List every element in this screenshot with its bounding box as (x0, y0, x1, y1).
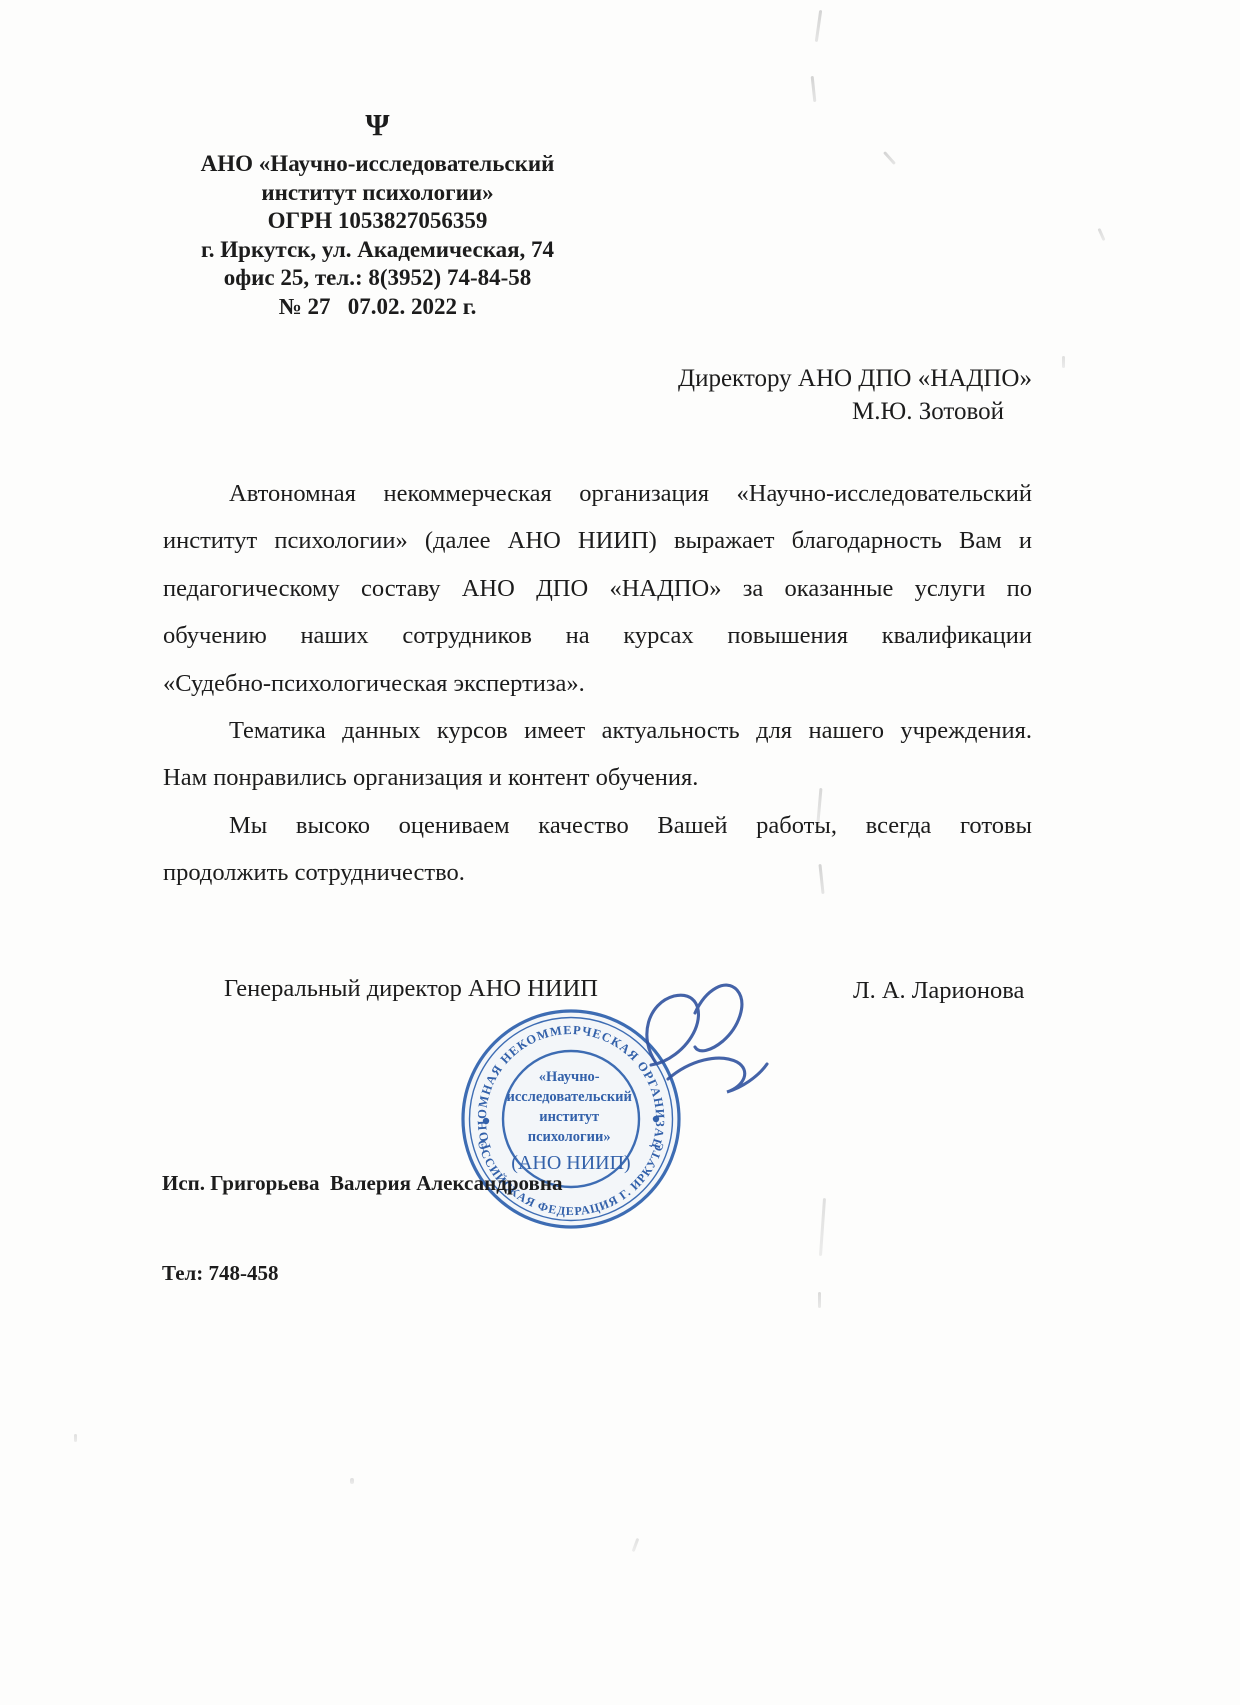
org-name-line2: институт психологии» (150, 179, 605, 208)
addressee-name: М.Ю. Зотовой (630, 395, 1032, 428)
body-line: Нам понравились организация и контент об… (163, 754, 1032, 801)
signature-stroke (647, 995, 699, 1065)
scan-artifact (883, 151, 896, 165)
letter-body: Автономная некоммерческая организация «Н… (163, 470, 1032, 897)
body-line: Тематика данных курсов имеет актуальност… (163, 707, 1032, 754)
scan-artifact (818, 1292, 821, 1308)
body-line: Автономная некоммерческая организация «Н… (163, 470, 1032, 517)
body-line: продолжить сотрудничество. (163, 849, 1032, 896)
executor-name: Исп. Григорьева Валерия Александровна (162, 1168, 562, 1198)
signature-stroke (668, 1058, 767, 1092)
body-line: институт психологии» (далее АНО НИИП) вы… (163, 517, 1032, 564)
scan-artifact (819, 1198, 826, 1256)
psi-logo-icon: Ψ (150, 108, 605, 142)
letterhead: Ψ АНО «Научно-исследовательский институт… (150, 108, 605, 321)
signature-ink (598, 965, 828, 1125)
stamp-center-line1: «Научно- (539, 1069, 600, 1085)
org-address: г. Иркутск, ул. Академическая, 74 (150, 236, 605, 265)
signature-stroke (695, 985, 742, 1051)
addressee-title: Директору АНО ДПО «НАДПО» (630, 362, 1032, 395)
body-line: Мы высоко оцениваем качество Вашей работ… (163, 802, 1032, 849)
body-line: обучению наших сотрудников на курсах пов… (163, 612, 1032, 659)
scanned-letter-page: Ψ АНО «Научно-исследовательский институт… (0, 0, 1240, 1705)
scan-artifact (350, 1478, 354, 1484)
scan-artifact (815, 10, 822, 42)
scan-artifact (811, 76, 817, 102)
scan-artifact (1062, 356, 1065, 368)
scan-artifact (1097, 228, 1105, 241)
signer-name: Л. А. Ларионова (853, 977, 1024, 1005)
body-line: «Судебно-психологическая экспертиза». (163, 660, 1032, 707)
scan-artifact (74, 1434, 77, 1442)
executor-phone: Тел: 748-458 (162, 1258, 562, 1288)
ref-number-date: № 27 07.02. 2022 г. (150, 293, 605, 322)
scan-artifact (632, 1538, 640, 1552)
executor-block: Исп. Григорьева Валерия Александровна Те… (162, 1108, 562, 1348)
org-phone: офис 25, тел.: 8(3952) 74-84-58 (150, 264, 605, 293)
org-name-line1: АНО «Научно-исследовательский (150, 150, 605, 179)
body-line: педагогическому составу АНО ДПО «НАДПО» … (163, 565, 1032, 612)
ogrn-number: ОГРН 1053827056359 (150, 207, 605, 236)
addressee-block: Директору АНО ДПО «НАДПО» М.Ю. Зотовой (630, 362, 1032, 428)
